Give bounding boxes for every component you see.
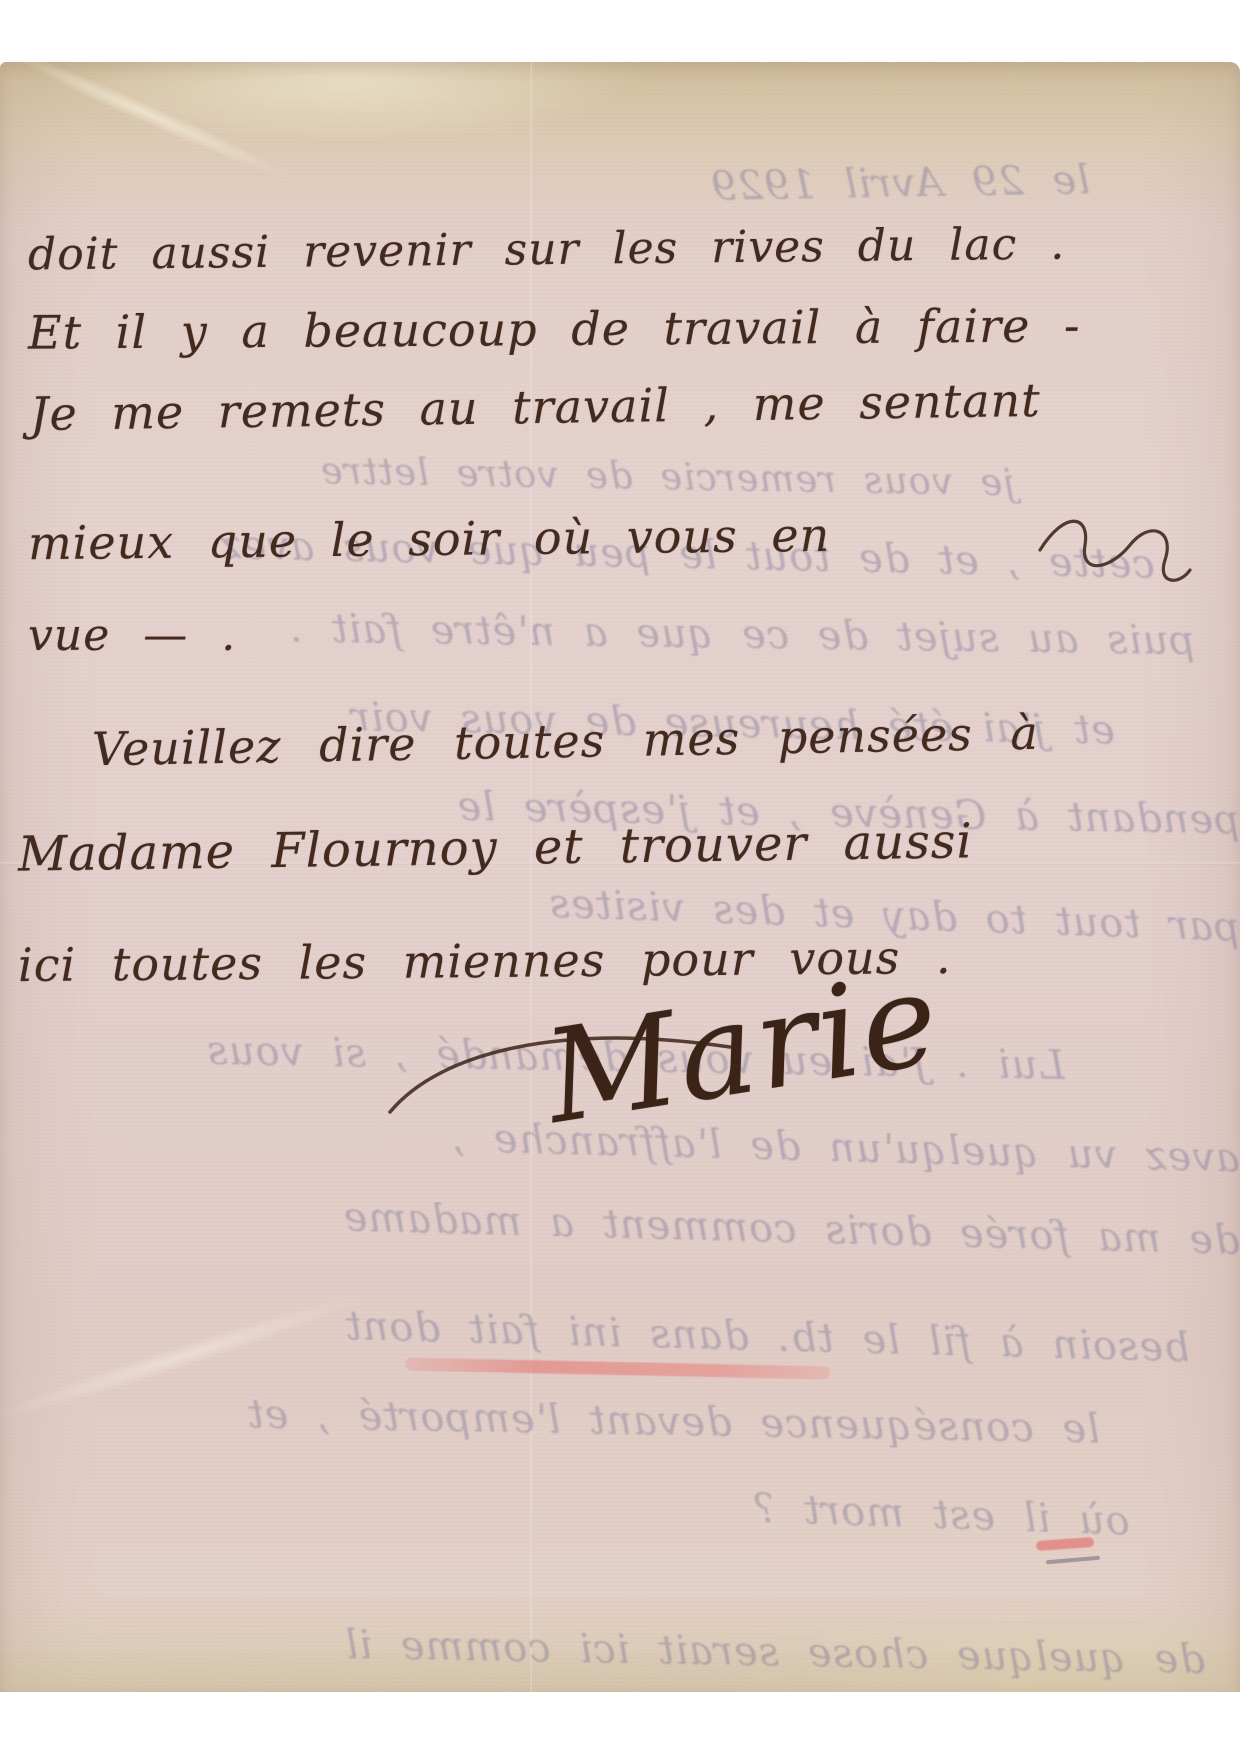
pen-flourish-icon [1035, 490, 1195, 604]
letter-line: vue — . [28, 610, 236, 661]
letter-line: Et il y a beaucoup de travail à faire - [28, 298, 1081, 359]
pink-underline-long [405, 1358, 830, 1380]
pencil-dash [1046, 1556, 1100, 1565]
paper-crease [0, 18, 347, 213]
letter-line: mieux que le soir où vous en [28, 508, 831, 570]
bleed-through-line: de ma forée doris comment a madame [20, 1186, 1240, 1264]
bleed-through-line: le conséquence devant l'emporté , et [20, 1388, 1101, 1453]
letter-page: le 29 Avril 1929 je vous remercie de vot… [0, 62, 1240, 1692]
letter-line: Je me remets au travail , me sentant [30, 373, 1041, 441]
letter-line: doit aussi revenir sur les rives du lac … [28, 219, 1066, 281]
letter-line: Madame Flournoy et trouver aussi [18, 813, 973, 882]
letter-scan: le 29 Avril 1929 je vous remercie de vot… [0, 0, 1240, 1754]
letter-line: Veuillez dire toutes mes pensées à [92, 706, 1040, 777]
bleed-through-line: où il est mort ? [629, 1481, 1130, 1544]
bleed-through-line: de quelque chose serait ici comme il [55, 1617, 1206, 1683]
bleed-through-line: je vous remercie de votre lettre [175, 447, 1016, 505]
bleed-through-date: le 29 Avril 1929 [550, 157, 1091, 212]
